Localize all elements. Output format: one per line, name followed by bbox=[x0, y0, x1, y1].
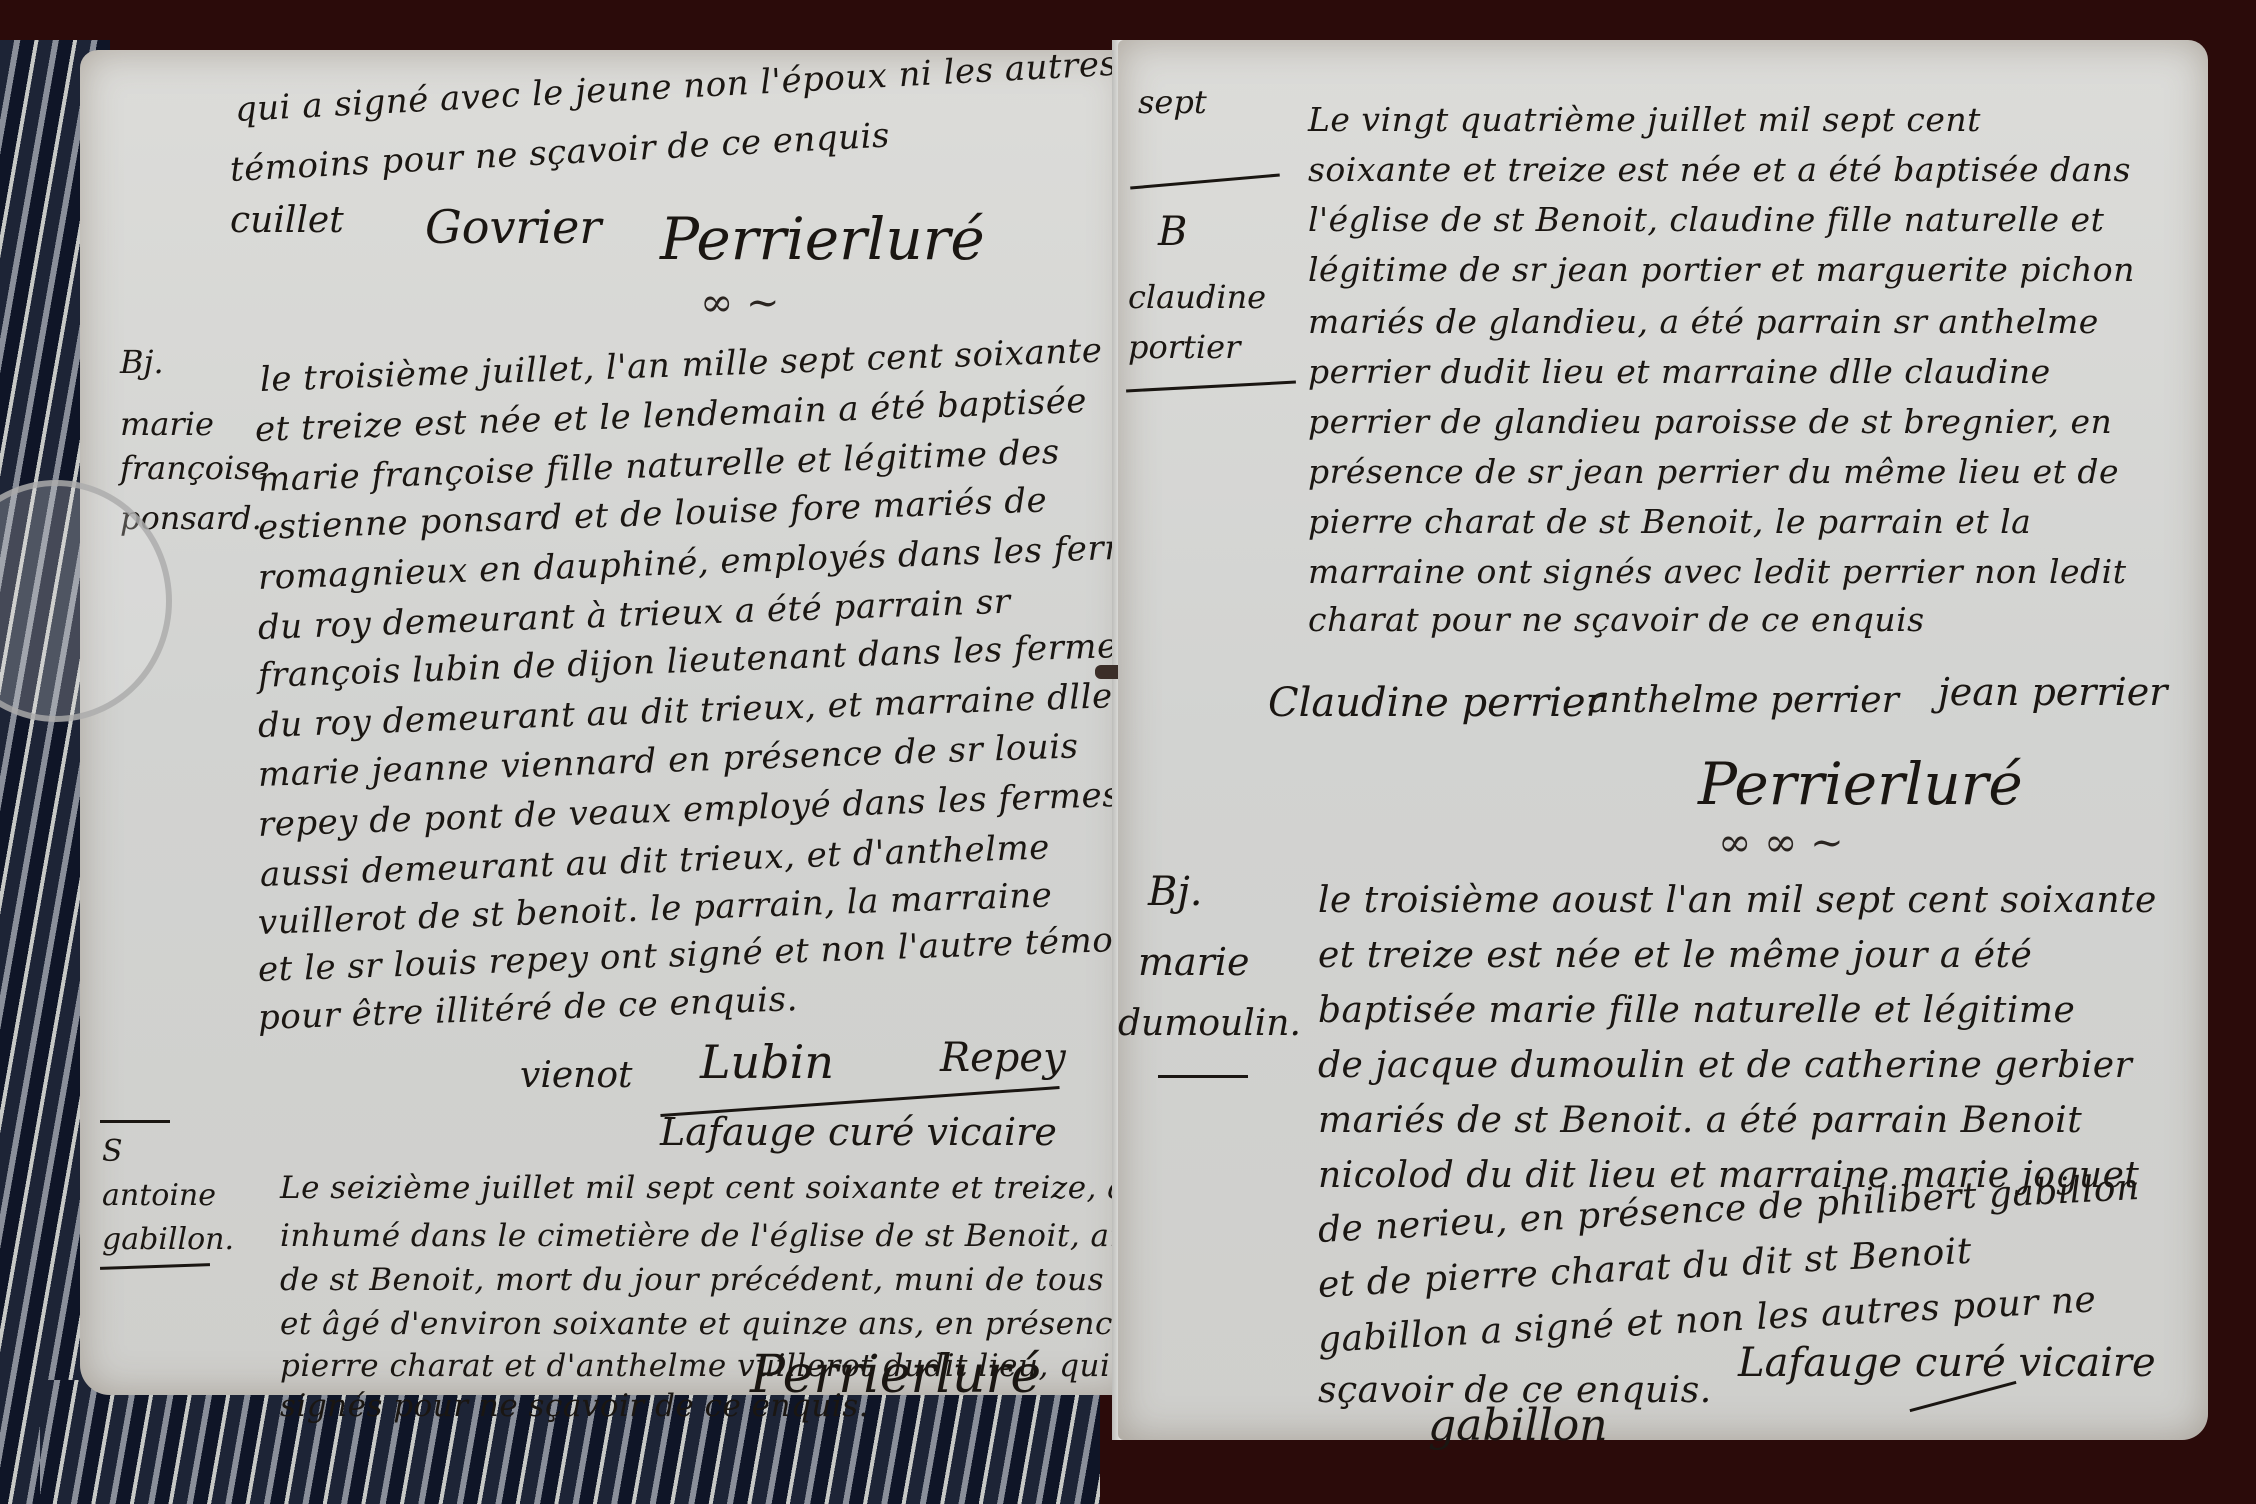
signature: Claudine perrier bbox=[1268, 680, 1605, 726]
margin-label: portier bbox=[1128, 325, 1240, 369]
entry-line: légitime de sr jean portier et marguerit… bbox=[1308, 250, 2135, 289]
flourish-ornament: ∞ ∞ ~ bbox=[1718, 820, 1844, 866]
margin-label: S antoine gabillon. bbox=[102, 1130, 234, 1262]
signature: jean perrier bbox=[1938, 670, 2167, 714]
entry-line: de jacque dumoulin et de catherine gerbi… bbox=[1318, 1045, 2132, 1086]
margin-label: dumoulin. bbox=[1118, 1002, 1301, 1046]
signature: Lafauge curé vicaire bbox=[660, 1110, 1057, 1154]
margin-rule bbox=[1158, 1075, 1248, 1078]
signature: anthelme perrier bbox=[1588, 680, 1899, 721]
signature-cure: Perrierluré bbox=[660, 205, 985, 273]
entry-line: perrier de glandieu paroisse de st bregn… bbox=[1308, 402, 2112, 441]
entry-line: l'église de st Benoit, claudine fille na… bbox=[1308, 200, 2104, 239]
flourish-ornament: ∞ ~ bbox=[700, 280, 780, 326]
signature: Lafauge curé vicaire bbox=[1738, 1340, 2156, 1386]
margin-label: Bj. bbox=[1148, 870, 1203, 914]
entry-line: marraine ont signés avec ledit perrier n… bbox=[1308, 552, 2126, 591]
entry-line: pierre charat de st Benoit, le parrain e… bbox=[1308, 502, 2031, 541]
signature: vienot bbox=[520, 1055, 632, 1096]
margin-label: sept bbox=[1138, 80, 1207, 124]
signature-cure: Perrierluré bbox=[750, 1345, 1041, 1405]
signature: Lubin bbox=[700, 1035, 834, 1089]
entry-line: et treize est née et le même jour a été bbox=[1318, 935, 2032, 976]
signature: cuillet bbox=[230, 200, 344, 241]
left-page: qui a signé avec le jeune non l'époux ni… bbox=[80, 50, 1130, 1395]
entry-line: Le vingt quatrième juillet mil sept cent bbox=[1308, 100, 1981, 139]
signature: Govrier bbox=[425, 200, 601, 254]
margin-label: B bbox=[1158, 210, 1187, 254]
signature: gabillon bbox=[1428, 1400, 1608, 1451]
entry-line: mariés de glandieu, a été parrain sr ant… bbox=[1308, 302, 2099, 341]
margin-rule bbox=[1130, 173, 1280, 189]
entry-line: charat pour ne sçavoir de ce enquis bbox=[1308, 600, 1925, 639]
margin-rule bbox=[100, 1263, 210, 1270]
entry-line: perrier dudit lieu et marraine dlle clau… bbox=[1308, 352, 2051, 391]
margin-label: Bj. marie françoise ponsard. bbox=[120, 340, 270, 540]
margin-rule bbox=[1126, 381, 1296, 393]
entry-line: baptisée marie fille naturelle et légiti… bbox=[1318, 990, 2075, 1031]
entry-line: le troisième aoust l'an mil sept cent so… bbox=[1318, 880, 2157, 921]
entry-line: mariés de st Benoit. a été parrain Benoi… bbox=[1318, 1100, 2082, 1141]
signature-cure: Perrierluré bbox=[1698, 750, 2023, 818]
margin-rule bbox=[100, 1120, 170, 1123]
entry-line: présence de sr jean perrier du même lieu… bbox=[1308, 452, 2119, 491]
signature: Repey bbox=[940, 1035, 1066, 1081]
margin-label: marie bbox=[1138, 940, 1250, 984]
margin-label: claudine bbox=[1128, 275, 1266, 319]
entry-line: Le seizième juillet mil sept cent soixan… bbox=[280, 1170, 1187, 1206]
continuation-line: témoins pour ne sçavoir de ce enquis bbox=[229, 115, 891, 190]
right-page: sept B claudine portier Le vingt quatriè… bbox=[1118, 40, 2208, 1440]
entry-line: pierre charat et d'anthelme vuillerot du… bbox=[280, 1348, 1203, 1384]
continuation-line: qui a signé avec le jeune non l'époux ni… bbox=[234, 44, 1118, 130]
entry-line: et âgé d'environ soixante et quinze ans,… bbox=[280, 1306, 1181, 1342]
entry-line: soixante et treize est née et a été bapt… bbox=[1308, 150, 2131, 189]
entry-line: pour être illitéré de ce enquis. bbox=[257, 979, 798, 1038]
